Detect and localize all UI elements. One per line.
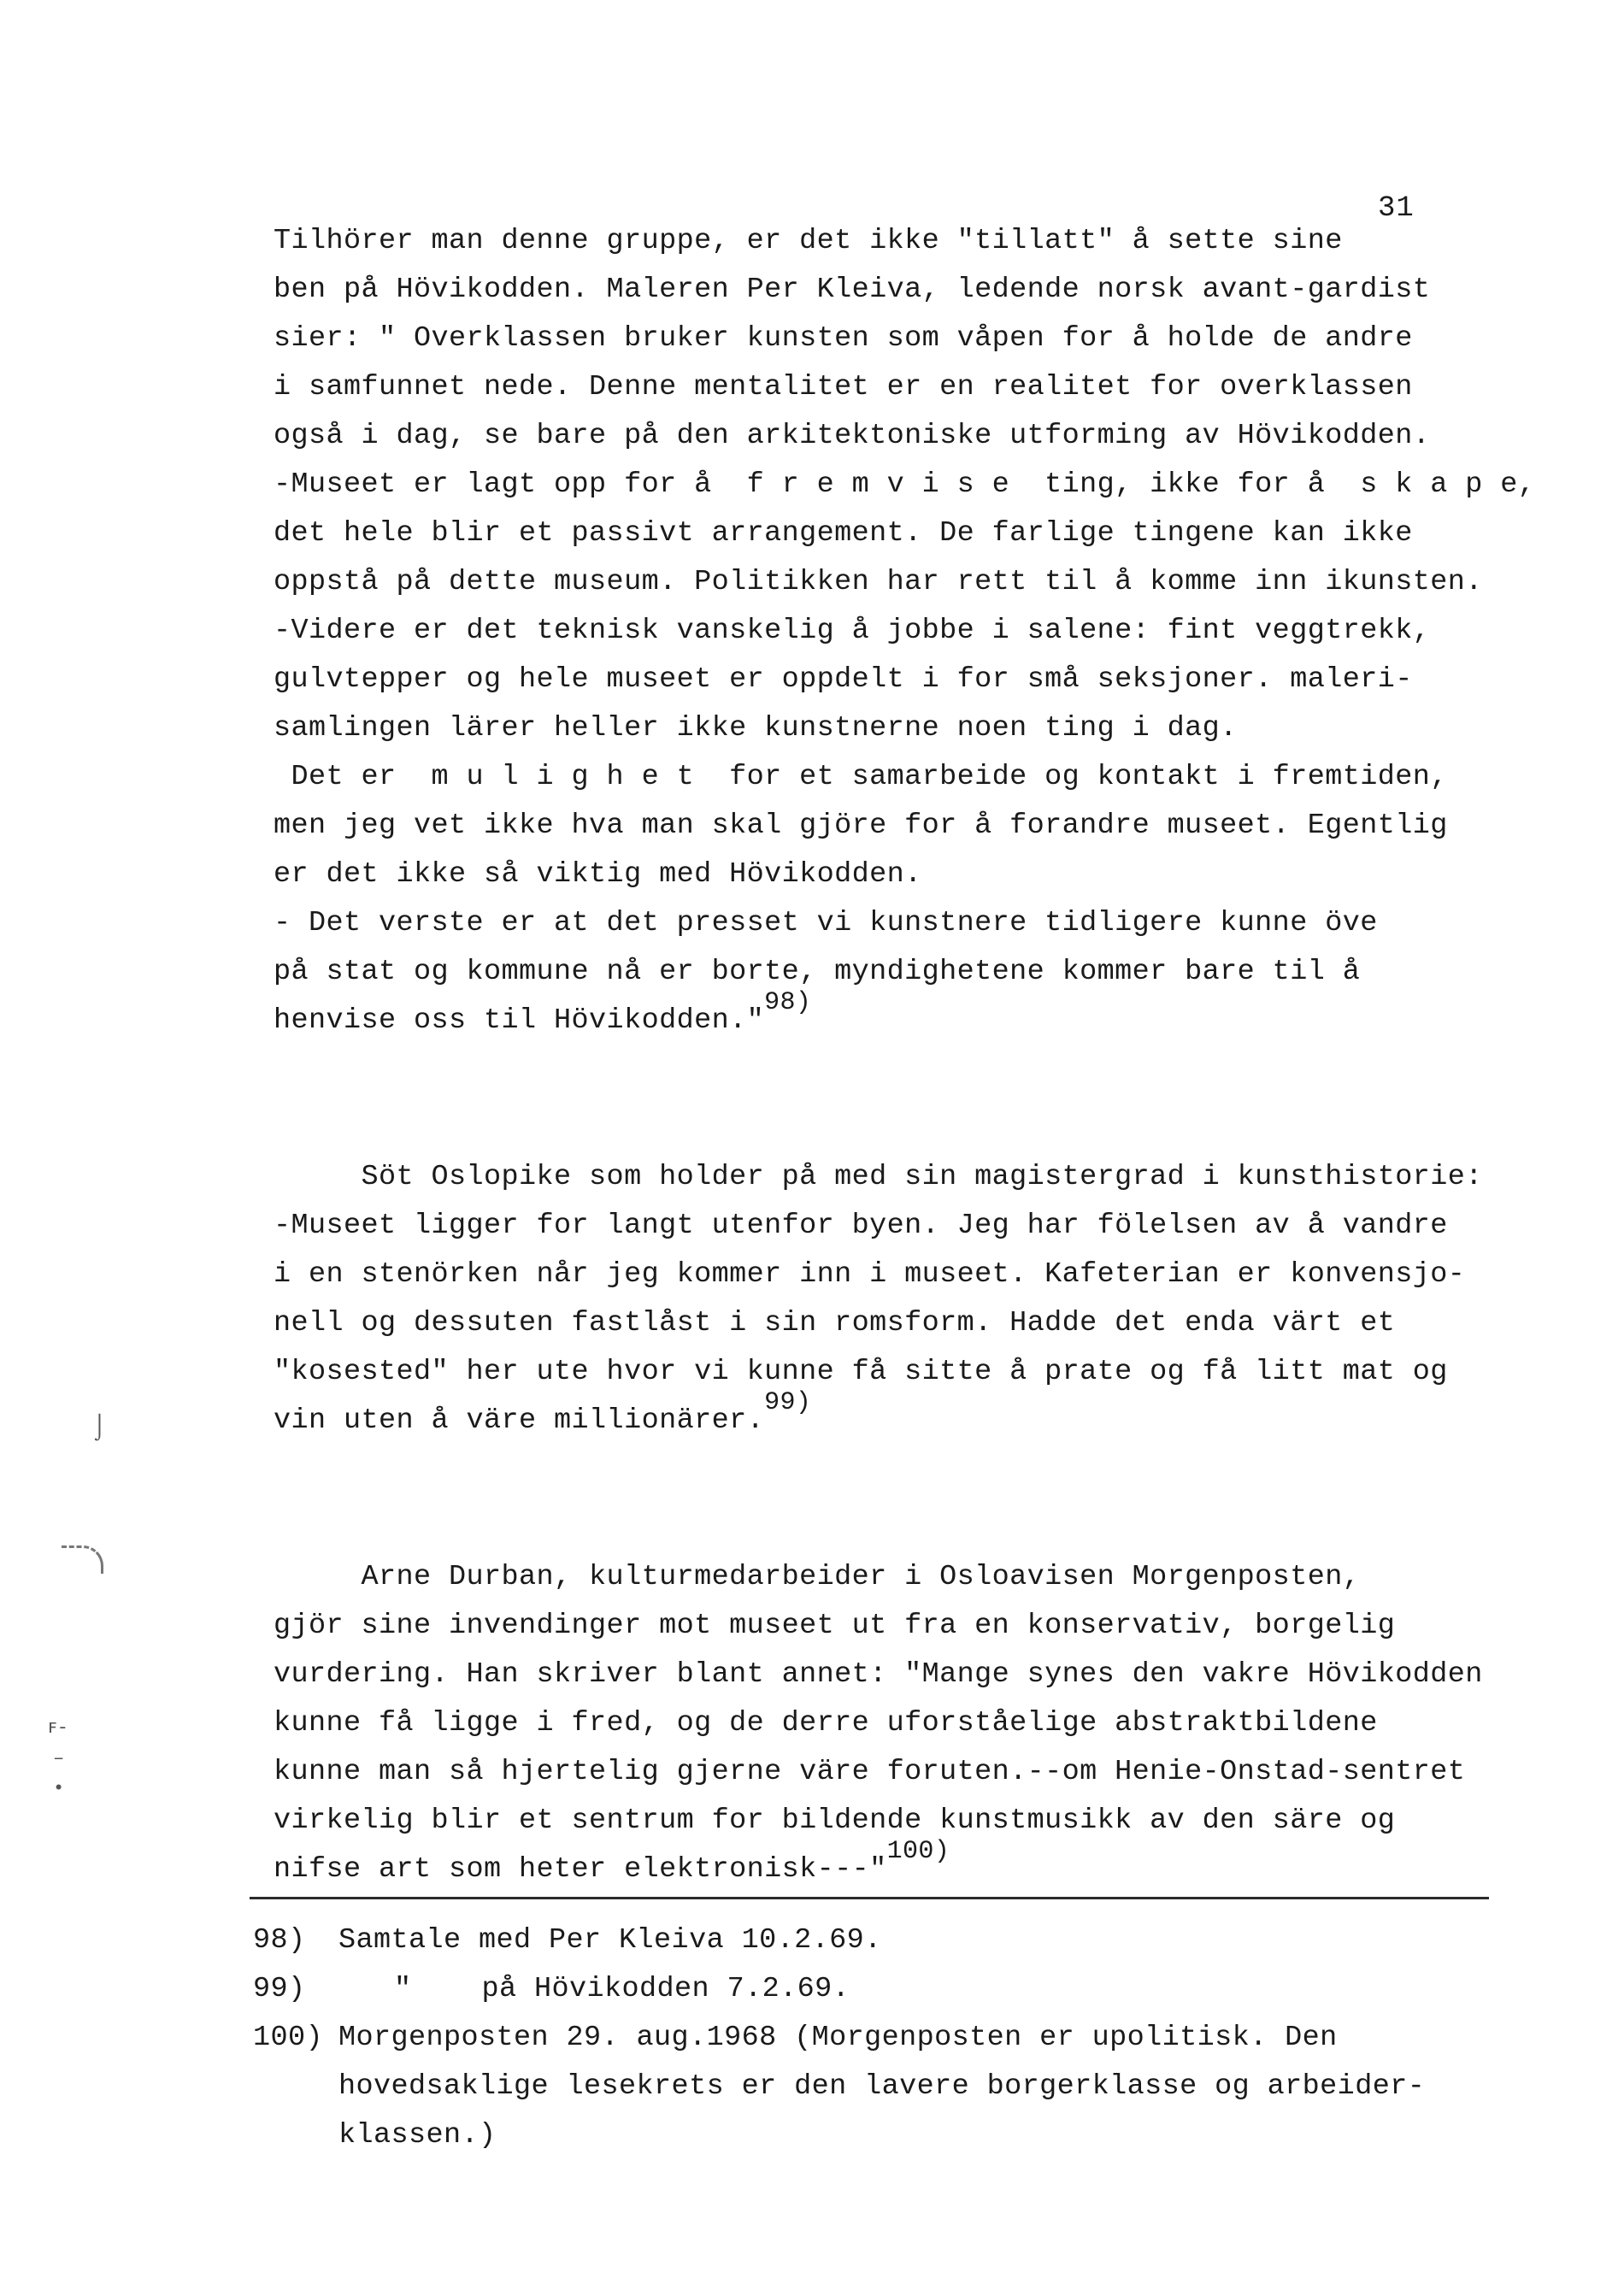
text-line: - Det verste er at det presset vi kunstn… [274, 906, 1378, 940]
text-line-content: Tilhörer man denne gruppe, er det ikke "… [274, 225, 1343, 257]
footnote-divider [250, 1897, 1489, 1899]
text-line-content: gulvtepper og hele museet er oppdelt i f… [274, 663, 1413, 696]
footnote-number: 100) [253, 2021, 323, 2055]
text-line: Söt Oslopike som holder på med sin magis… [274, 1160, 1483, 1194]
text-line: samlingen lärer heller ikke kunstnerne n… [274, 711, 1238, 745]
footnote-text: Morgenposten 29. aug.1968 (Morgenposten … [338, 2021, 1338, 2055]
text-line: -Videre er det teknisk vanskelig å jobbe… [274, 614, 1430, 648]
text-line: henvise oss til Hövikodden."98) [274, 1004, 811, 1039]
footnote-text: klassen.) [338, 2118, 497, 2152]
text-line: vin uten å väre millionärer.99) [274, 1404, 811, 1439]
margin-scan-mark: – [53, 1748, 64, 1769]
text-line: i samfunnet nede. Denne mentalitet er en… [274, 370, 1413, 404]
text-line-content: samlingen lärer heller ikke kunstnerne n… [274, 712, 1238, 745]
text-line-content: også i dag, se bare på den arkitektonisk… [274, 420, 1430, 452]
text-line-content: "kosested" her ute hvor vi kunne få sitt… [274, 1356, 1448, 1388]
text-line: nifse art som heter elektronisk---"100) [274, 1852, 950, 1887]
text-line-content: men jeg vet ikke hva man skal gjöre for … [274, 809, 1448, 842]
text-line: Arne Durban, kulturmedarbeider i Osloavi… [274, 1560, 1360, 1594]
text-line-content: nell og dessuten fastlåst i sin romsform… [274, 1307, 1395, 1339]
text-line: oppstå på dette museum. Politikken har r… [274, 565, 1483, 599]
footnote-number: 98) [253, 1923, 306, 1957]
text-line: ben på Hövikodden. Maleren Per Kleiva, l… [274, 273, 1430, 307]
margin-scan-mark: • [53, 1778, 64, 1799]
text-line-content: henvise oss til Hövikodden." [274, 1004, 764, 1037]
text-line-content: ben på Hövikodden. Maleren Per Kleiva, l… [274, 274, 1430, 306]
text-line-content: - Det verste er at det presset vi kunstn… [274, 907, 1378, 939]
text-line-content: vin uten å väre millionärer. [274, 1404, 764, 1437]
text-line-content: oppstå på dette museum. Politikken har r… [274, 566, 1483, 598]
text-line: nell og dessuten fastlåst i sin romsform… [274, 1306, 1395, 1340]
text-line: kunne man så hjertelig gjerne väre forut… [274, 1755, 1465, 1789]
text-line-content: vurdering. Han skriver blant annet: "Man… [274, 1658, 1483, 1691]
text-line: men jeg vet ikke hva man skal gjöre for … [274, 809, 1448, 843]
text-line: "kosested" her ute hvor vi kunne få sitt… [274, 1355, 1448, 1389]
text-line-content: Arne Durban, kulturmedarbeider i Osloavi… [274, 1561, 1360, 1593]
text-line: virkelig blir et sentrum for bildende ku… [274, 1804, 1395, 1838]
text-line-content: i samfunnet nede. Denne mentalitet er en… [274, 371, 1413, 403]
text-line-content: på stat og kommune nå er borte, myndighe… [274, 956, 1360, 988]
text-line: sier: " Overklassen bruker kunsten som v… [274, 321, 1413, 356]
text-line-content: kunne man så hjertelig gjerne väre forut… [274, 1756, 1465, 1788]
text-line-content: Det er m u l i g h e t for et samarbeide… [274, 761, 1448, 793]
text-line: vurdering. Han skriver blant annet: "Man… [274, 1657, 1483, 1692]
text-line: gulvtepper og hele museet er oppdelt i f… [274, 662, 1413, 697]
text-line: på stat og kommune nå er borte, myndighe… [274, 955, 1360, 989]
text-line-content: virkelig blir et sentrum for bildende ku… [274, 1804, 1395, 1837]
text-line-content: i en stenörken når jeg kommer inn i muse… [274, 1258, 1465, 1291]
text-line-content: -Videre er det teknisk vanskelig å jobbe… [274, 615, 1430, 647]
text-line: det hele blir et passivt arrangement. De… [274, 516, 1413, 550]
text-line-content: -Museet ligger for langt utenfor byen. J… [274, 1210, 1448, 1242]
text-line: også i dag, se bare på den arkitektonisk… [274, 419, 1430, 453]
text-line: Tilhörer man denne gruppe, er det ikke "… [274, 224, 1343, 258]
footnote-text: hovedsaklige lesekrets er den lavere bor… [338, 2069, 1425, 2104]
footnote-reference: 100) [887, 1837, 950, 1866]
text-line: gjör sine invendinger mot museet ut fra … [274, 1609, 1395, 1643]
text-line-content: nifse art som heter elektronisk---" [274, 1853, 887, 1886]
footnote-number: 99) [253, 1972, 306, 2006]
footnote-reference: 99) [764, 1388, 811, 1417]
margin-scan-mark: ⌡ [92, 1415, 107, 1441]
text-line-content: det hele blir et passivt arrangement. De… [274, 517, 1413, 550]
footnote-reference: 98) [764, 988, 811, 1017]
text-line-content: gjör sine invendinger mot museet ut fra … [274, 1610, 1395, 1642]
page-number: 31 [1378, 192, 1415, 225]
text-line: Det er m u l i g h e t for et samarbeide… [274, 760, 1448, 794]
text-line: er det ikke så viktig med Hövikodden. [274, 857, 922, 892]
text-line: -Museet er lagt opp for å f r e m v i s … [274, 468, 1535, 502]
text-line-content: kunne få ligge i fred, og de derre ufors… [274, 1707, 1378, 1740]
text-line-content: Söt Oslopike som holder på med sin magis… [274, 1161, 1483, 1193]
text-line: -Museet ligger for langt utenfor byen. J… [274, 1209, 1448, 1243]
text-line: kunne få ligge i fred, og de derre ufors… [274, 1706, 1378, 1740]
text-line-content: sier: " Overklassen bruker kunsten som v… [274, 322, 1413, 355]
text-line: i en stenörken når jeg kommer inn i muse… [274, 1257, 1465, 1292]
margin-scan-arc-mark [62, 1545, 103, 1574]
text-line-content: -Museet er lagt opp for å f r e m v i s … [274, 468, 1535, 501]
text-line-content: er det ikke så viktig med Hövikodden. [274, 858, 922, 891]
margin-scan-mark: ꜰ- [48, 1716, 68, 1739]
footnote-text: " på Hövikodden 7.2.69. [359, 1972, 850, 2006]
footnote-text: Samtale med Per Kleiva 10.2.69. [338, 1923, 882, 1957]
